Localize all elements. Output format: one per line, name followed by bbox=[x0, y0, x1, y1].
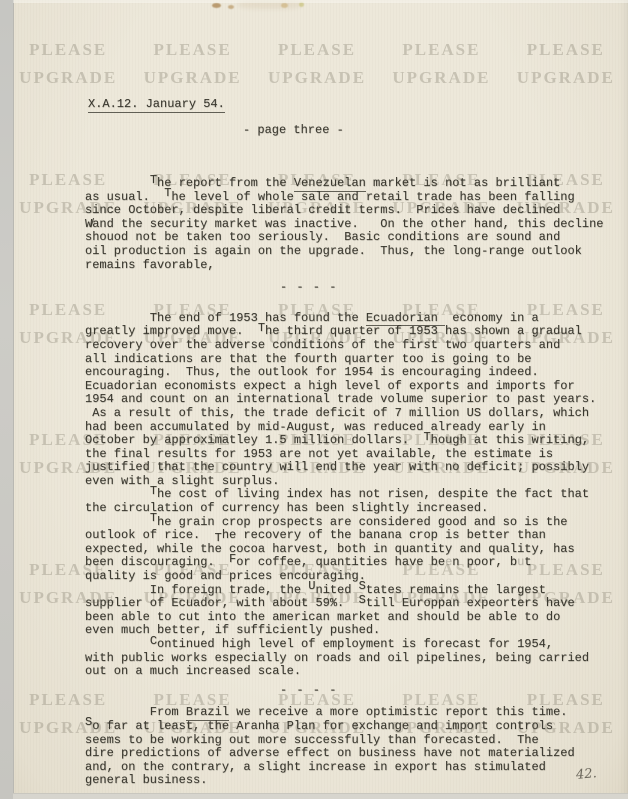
text-line: even much better, if sufficiently pushed… bbox=[85, 624, 603, 638]
scan-edge-left bbox=[0, 0, 14, 799]
text-line: general business. bbox=[85, 774, 603, 788]
scan-edge-bottom bbox=[13, 793, 628, 799]
text-line: Ecuadorian economists expect a high leve… bbox=[85, 380, 603, 394]
section-divider: - - - - bbox=[85, 684, 603, 698]
watermark-text: UPGRADE bbox=[130, 64, 254, 92]
text-line: W̸and the security market was inactive. … bbox=[85, 218, 603, 232]
scan-edge-top bbox=[13, 0, 628, 3]
watermark-cell: PLEASEUPGRADE bbox=[379, 36, 503, 92]
text-line: the circulation of currency has been sli… bbox=[85, 502, 603, 516]
text-line: outlook of rice. The recovery of the ban… bbox=[85, 529, 603, 543]
document-page: PLEASEUPGRADEPLEASEUPGRADEPLEASEUPGRADEP… bbox=[0, 0, 628, 799]
text-line: remains favorable, bbox=[85, 259, 603, 273]
watermark-row: PLEASEUPGRADEPLEASEUPGRADEPLEASEUPGRADEP… bbox=[6, 36, 628, 92]
text-line: The report from the Venezuelan market is… bbox=[85, 177, 603, 191]
text-line: expected, while the cocoa harvest, both … bbox=[85, 543, 603, 557]
watermark-text: PLEASE bbox=[255, 36, 379, 64]
text-line: greatly improved move. The third quarter… bbox=[85, 325, 603, 339]
text-line: the final results for 1953 are not yet a… bbox=[85, 448, 603, 462]
text-line: with public works especially on roads an… bbox=[85, 652, 603, 666]
text-line: Continued high level of employment is fo… bbox=[85, 638, 603, 652]
text-line: So far at least, the Aranha Plan for exc… bbox=[85, 720, 603, 734]
text-line: From Brazil we receive a more optimistic… bbox=[85, 706, 603, 720]
document-header-text: X.A.12. January 54. bbox=[88, 97, 225, 113]
document-header: X.A.12. January 54. bbox=[88, 97, 225, 111]
watermark-cell: PLEASEUPGRADE bbox=[130, 36, 254, 92]
text-line: as usual. The level of whole sale and re… bbox=[85, 191, 603, 205]
text-line: justified that the country will end the … bbox=[85, 461, 603, 475]
text-line: encouraging. Thus, the outlook for 1954 … bbox=[85, 366, 603, 380]
section-divider: - - - - bbox=[85, 281, 603, 295]
watermark-text: PLEASE bbox=[379, 36, 503, 64]
watermark-cell: PLEASEUPGRADE bbox=[255, 36, 379, 92]
paper-stain bbox=[212, 3, 221, 8]
paper-stain bbox=[228, 5, 234, 9]
watermark-text: UPGRADE bbox=[255, 64, 379, 92]
text-line: October by approximatley 1.5 million dol… bbox=[85, 434, 603, 448]
text-line: had been accumulated by mid-August, was … bbox=[85, 421, 603, 435]
paper-stain bbox=[281, 3, 288, 8]
text-line: all indications are that the fourth quar… bbox=[85, 353, 603, 367]
document-body: The report from the Venezuelan market is… bbox=[85, 177, 603, 788]
text-line: seems to be working out more successfull… bbox=[85, 734, 603, 748]
text-line: In foreign trade, the United States rema… bbox=[85, 584, 603, 598]
watermark-text: UPGRADE bbox=[379, 64, 503, 92]
watermark-text: UPGRADE bbox=[6, 64, 130, 92]
text-line: The cost of living index has not risen, … bbox=[85, 488, 603, 502]
watermark-text: PLEASE bbox=[6, 36, 130, 64]
watermark-text: PLEASE bbox=[130, 36, 254, 64]
text-line: been able to cut into the american marke… bbox=[85, 611, 603, 625]
text-line: recovery over the adverse conditions of … bbox=[85, 339, 603, 353]
watermark-text: PLEASE bbox=[504, 36, 628, 64]
text-line: oil production is again on the upgrade. … bbox=[85, 245, 603, 259]
text-line: since October, despite liberal credit te… bbox=[85, 204, 603, 218]
text-line: The grain crop prospects are considered … bbox=[85, 516, 603, 530]
text-line: As a result of this, the trade deficit o… bbox=[85, 407, 603, 421]
watermark-cell: PLEASEUPGRADE bbox=[6, 36, 130, 92]
page-number-annotation: 42. bbox=[575, 766, 597, 783]
text-line: out on a much increased scale. bbox=[85, 665, 603, 679]
text-line: quality is good and prices encouraging. bbox=[85, 570, 603, 584]
text-line: 1954 and count on an international trade… bbox=[85, 393, 603, 407]
text-line: dire predictions of adverse effect on bu… bbox=[85, 747, 603, 761]
watermark-cell: PLEASEUPGRADE bbox=[504, 36, 628, 92]
text-line: been discouraging. For coffee, quantitie… bbox=[85, 556, 603, 570]
text-line: even with a slight surplus. bbox=[85, 475, 603, 489]
watermark-text: UPGRADE bbox=[504, 64, 628, 92]
text-line: The end of 1953 has found the Ecuadorian… bbox=[85, 312, 603, 326]
text-line: and, on the contrary, a slight increase … bbox=[85, 761, 603, 775]
page-label: - page three - bbox=[243, 123, 344, 137]
text-line: supplier of Ecuador, with about 59%. Sti… bbox=[85, 597, 603, 611]
text-line: shouod not be taken too seriously. Basic… bbox=[85, 231, 603, 245]
